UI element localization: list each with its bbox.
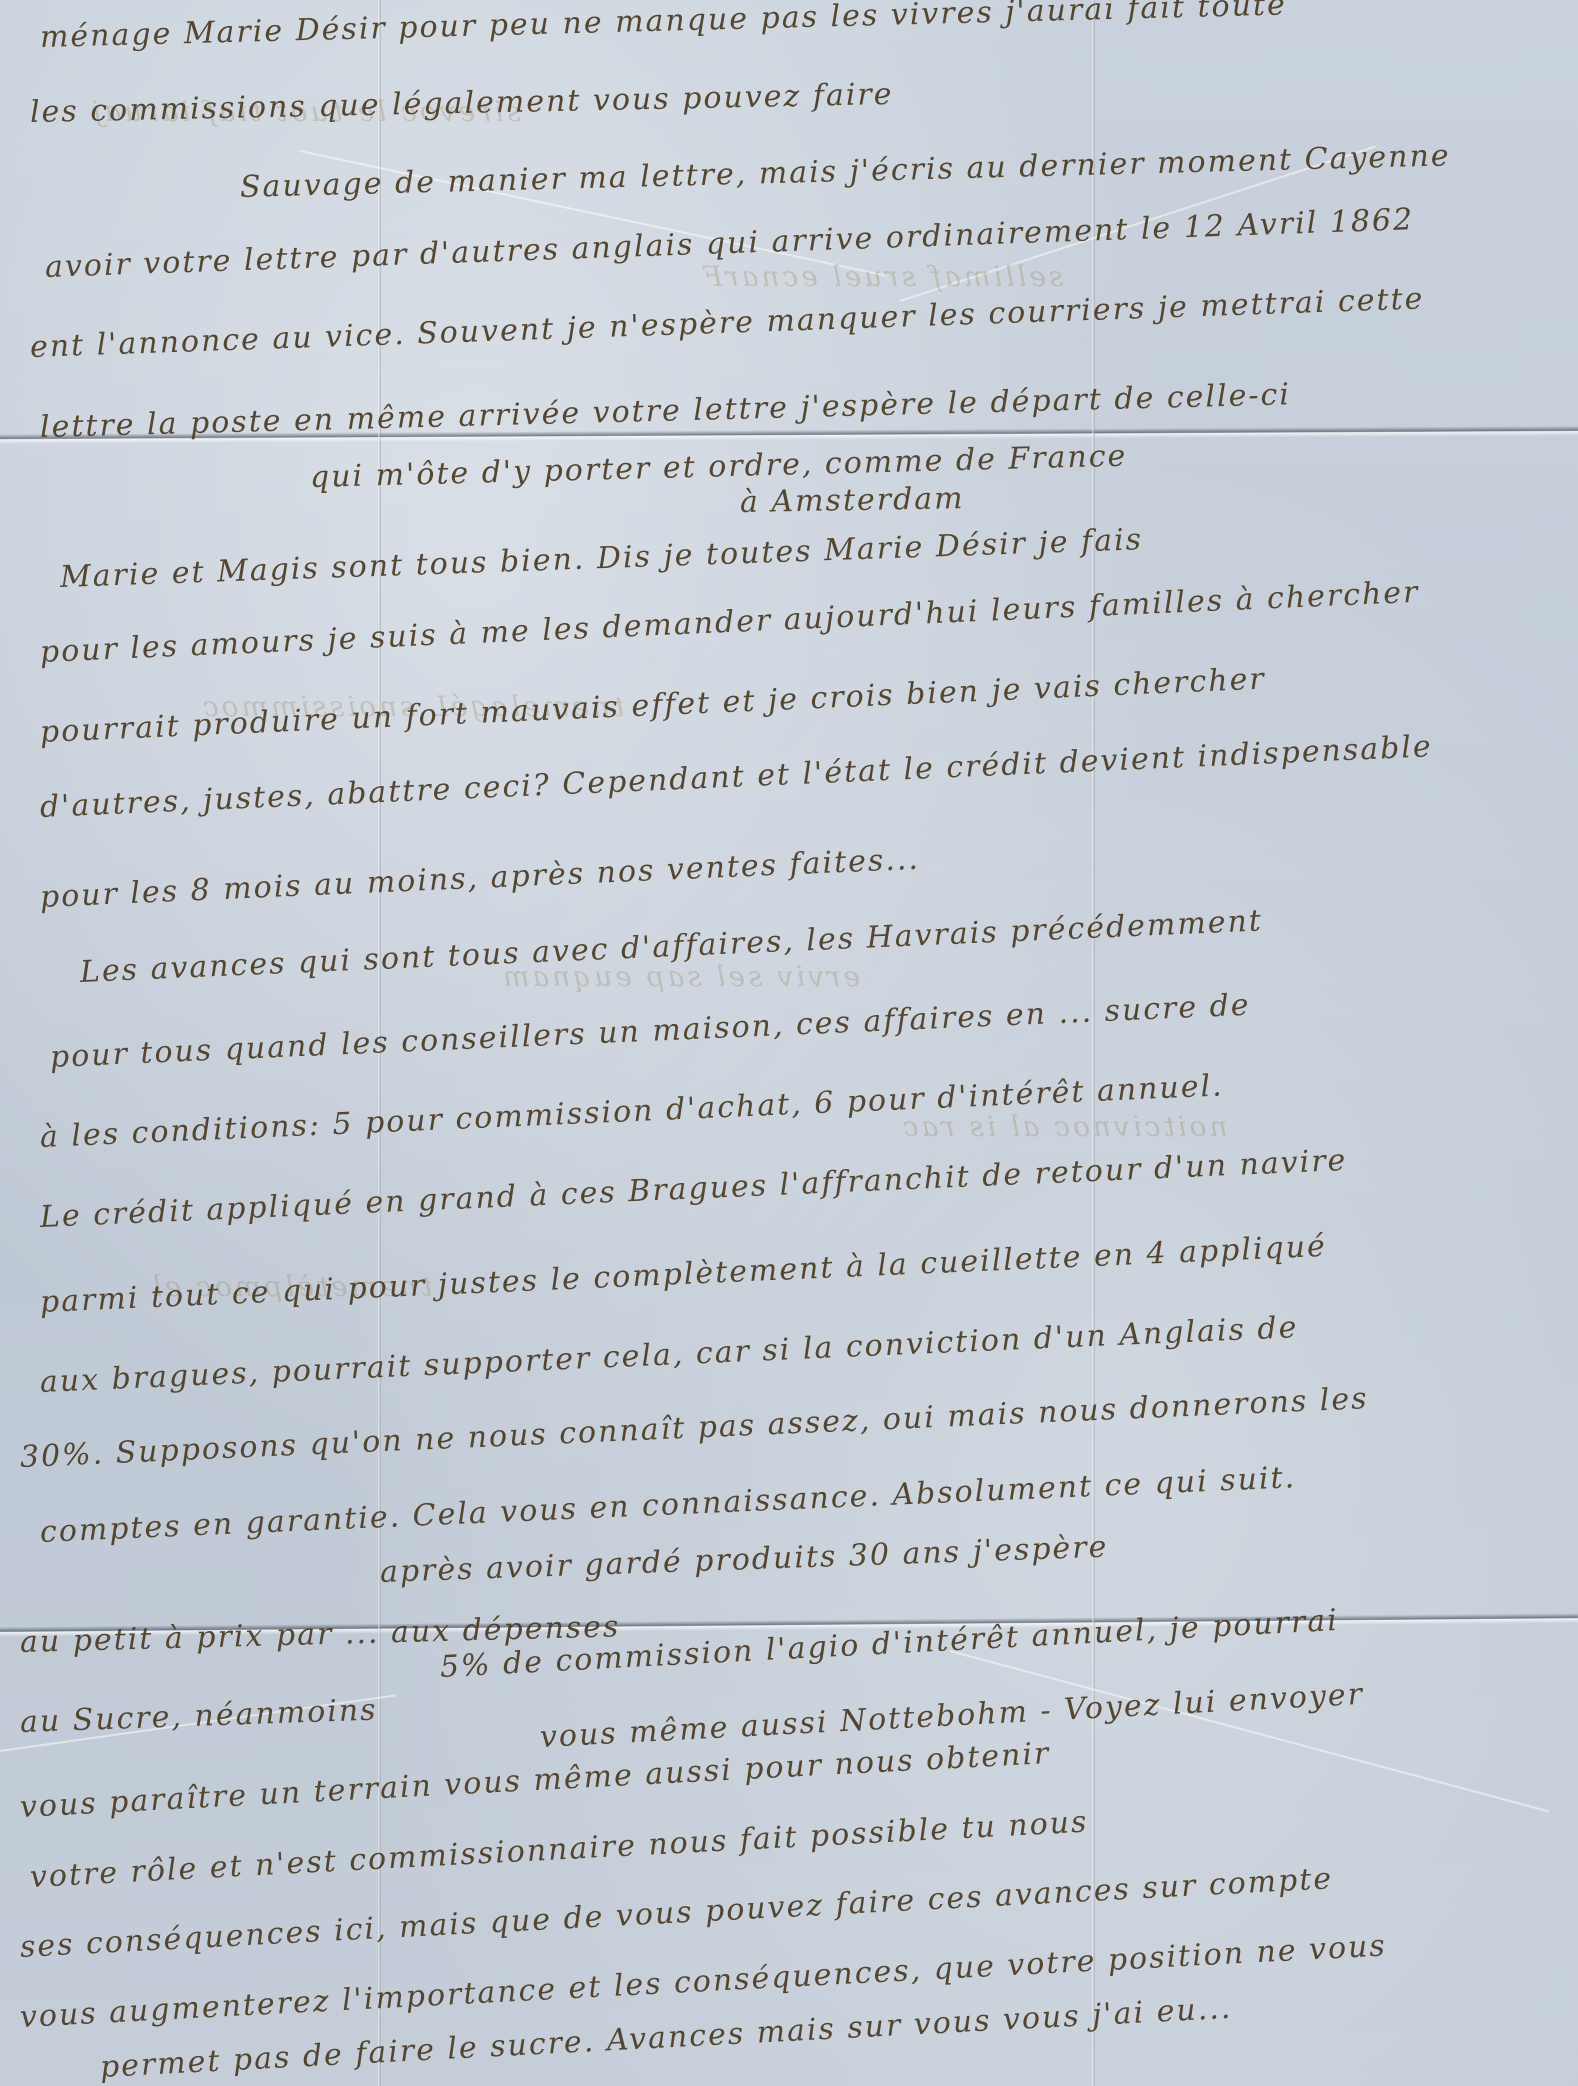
handwritten-line: comptes en garantie. Cela vous en connai… xyxy=(39,1460,1297,1550)
handwritten-line: pour les 8 mois au moins, après nos vent… xyxy=(39,842,920,915)
bleed-through-line: sellimaf sruel ecnarF xyxy=(700,260,1063,293)
handwritten-line: Le crédit appliqué en grand à ces Brague… xyxy=(39,1143,1348,1235)
handwritten-line: ent l'annonce au vice. Souvent je n'espè… xyxy=(29,281,1425,365)
letter-page: sirevoc le tuot tiaf iaruajsellimaf srue… xyxy=(0,0,1578,2086)
handwritten-line: ménage Marie Désir pour peu ne manque pa… xyxy=(40,0,1288,55)
handwritten-line: au Sucre, néanmoins xyxy=(19,1693,378,1740)
paper-crease xyxy=(950,1650,1549,1812)
handwritten-line: pour tous quand les conseillers un maiso… xyxy=(49,988,1251,1075)
handwritten-line: aux bragues, pourrait supporter cela, ca… xyxy=(39,1310,1299,1400)
handwritten-line: à Amsterdam xyxy=(740,481,965,520)
handwritten-line: Sauvage de manier ma lettre, mais j'écri… xyxy=(240,138,1451,205)
handwritten-line: qui m'ôte d'y porter et ordre, comme de … xyxy=(310,439,1128,495)
handwritten-line: après avoir gardé produits 30 ans j'espè… xyxy=(379,1530,1109,1590)
handwritten-line: pour les amours je suis à me les demande… xyxy=(39,575,1420,670)
handwritten-line: d'autres, justes, abattre ceci? Cependan… xyxy=(39,729,1433,825)
handwritten-line: vous paraître un terrain vous même aussi… xyxy=(19,1736,1051,1825)
handwritten-line: 30%. Supposons qu'on ne nous connaît pas… xyxy=(19,1381,1369,1475)
handwritten-line: Marie et Magis sont tous bien. Dis je to… xyxy=(59,522,1143,595)
